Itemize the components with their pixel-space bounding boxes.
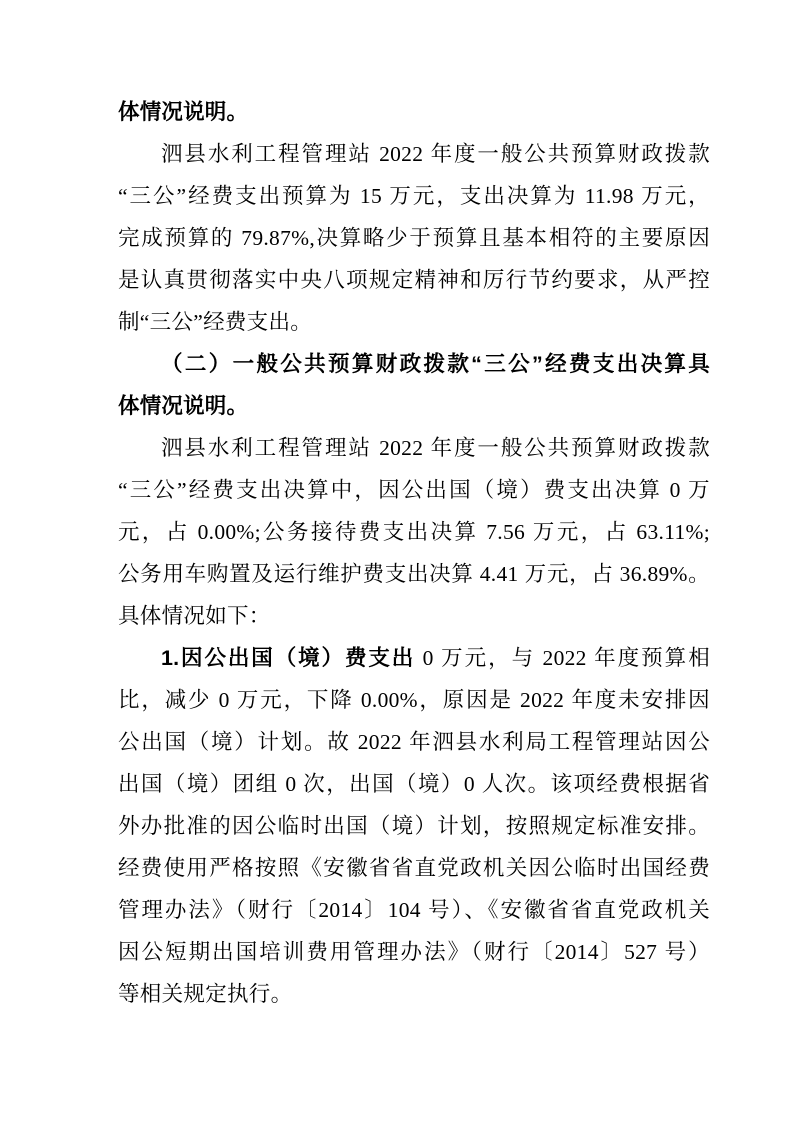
text-line-16: 公出国（境）计划。故 2022 年泗县水利局工程管理站因公 — [118, 721, 710, 763]
text-run: 制“三公”经费支出。 — [118, 310, 312, 334]
text-run: 经费使用严格按照《安徽省省直党政机关因公临时出国经费 — [118, 856, 710, 880]
text-run: 0 万元，与 2022 年度预算相 — [415, 646, 710, 670]
text-line-14: 1.因公出国（境）费支出 0 万元，与 2022 年度预算相 — [118, 637, 710, 679]
text-run: “三公”经费支出决算中，因公出国（境）费支出决算 0 万 — [118, 478, 710, 502]
text-line-2: 泗县水利工程管理站 2022 年度一般公共预算财政拨款 — [118, 133, 710, 175]
text-run: “三公”经费支出预算为 15 万元，支出决算为 11.98 万元， — [118, 184, 710, 208]
text-run: 公务用车购置及运行维护费支出决算 4.41 万元，占 36.89%。 — [118, 562, 710, 586]
text-run: 比，减少 0 万元，下降 0.00%，原因是 2022 年度未安排因 — [118, 688, 710, 712]
text-run: 因公短期出国培训费用管理办法》（财行〔2014〕527 号） — [118, 940, 710, 964]
document-page: 体情况说明。泗县水利工程管理站 2022 年度一般公共预算财政拨款“三公”经费支… — [0, 0, 793, 1122]
text-run: 等相关规定执行。 — [118, 982, 292, 1006]
bold-text-run: 1.因公出国（境）费支出 — [161, 646, 415, 670]
text-run: 是认真贯彻落实中央八项规定精神和厉行节约要求，从严控 — [118, 268, 710, 292]
text-line-21: 因公短期出国培训费用管理办法》（财行〔2014〕527 号） — [118, 931, 710, 973]
text-line-15: 比，减少 0 万元，下降 0.00%，原因是 2022 年度未安排因 — [118, 679, 710, 721]
bold-text-run: 体情况说明。 — [118, 394, 248, 418]
text-run: 泗县水利工程管理站 2022 年度一般公共预算财政拨款 — [161, 142, 710, 166]
text-run: 出国（境）团组 0 次，出国（境）0 人次。该项经费根据省 — [118, 772, 710, 796]
text-line-11: 元，占 0.00%;公务接待费支出决算 7.56 万元，占 63.11%; — [118, 511, 710, 553]
text-line-17: 出国（境）团组 0 次，出国（境）0 人次。该项经费根据省 — [118, 763, 710, 805]
text-line-6: 制“三公”经费支出。 — [118, 301, 710, 343]
text-line-12: 公务用车购置及运行维护费支出决算 4.41 万元，占 36.89%。 — [118, 553, 710, 595]
text-line-13: 具体情况如下： — [118, 595, 710, 637]
text-run: 元，占 0.00%;公务接待费支出决算 7.56 万元，占 63.11%; — [118, 520, 710, 544]
text-line-10: “三公”经费支出决算中，因公出国（境）费支出决算 0 万 — [118, 469, 710, 511]
text-line-5: 是认真贯彻落实中央八项规定精神和厉行节约要求，从严控 — [118, 259, 710, 301]
text-line-4: 完成预算的 79.87%,决算略少于预算且基本相符的主要原因 — [118, 217, 710, 259]
text-line-19: 经费使用严格按照《安徽省省直党政机关因公临时出国经费 — [118, 847, 710, 889]
text-line-1: 体情况说明。 — [118, 91, 710, 133]
bold-text-run: （二）一般公共预算财政拨款“三公”经费支出决算具 — [161, 352, 710, 376]
text-line-20: 管理办法》（财行〔2014〕104 号）、《安徽省省直党政机关 — [118, 889, 710, 931]
text-run: 公出国（境）计划。故 2022 年泗县水利局工程管理站因公 — [118, 730, 710, 754]
text-run: 泗县水利工程管理站 2022 年度一般公共预算财政拨款 — [161, 436, 710, 460]
text-line-9: 泗县水利工程管理站 2022 年度一般公共预算财政拨款 — [118, 427, 710, 469]
text-run: 完成预算的 79.87%,决算略少于预算且基本相符的主要原因 — [118, 226, 710, 250]
text-line-18: 外办批准的因公临时出国（境）计划，按照规定标准安排。 — [118, 805, 710, 847]
bold-text-run: 体情况说明。 — [118, 100, 248, 124]
text-line-22: 等相关规定执行。 — [118, 973, 710, 1015]
text-run: 管理办法》（财行〔2014〕104 号）、《安徽省省直党政机关 — [118, 898, 710, 922]
text-line-7: （二）一般公共预算财政拨款“三公”经费支出决算具 — [118, 343, 710, 385]
text-run: 外办批准的因公临时出国（境）计划，按照规定标准安排。 — [118, 814, 710, 838]
text-line-8: 体情况说明。 — [118, 385, 710, 427]
text-line-3: “三公”经费支出预算为 15 万元，支出决算为 11.98 万元， — [118, 175, 710, 217]
text-run: 具体情况如下： — [118, 604, 271, 628]
document-body: 体情况说明。泗县水利工程管理站 2022 年度一般公共预算财政拨款“三公”经费支… — [118, 91, 710, 1015]
